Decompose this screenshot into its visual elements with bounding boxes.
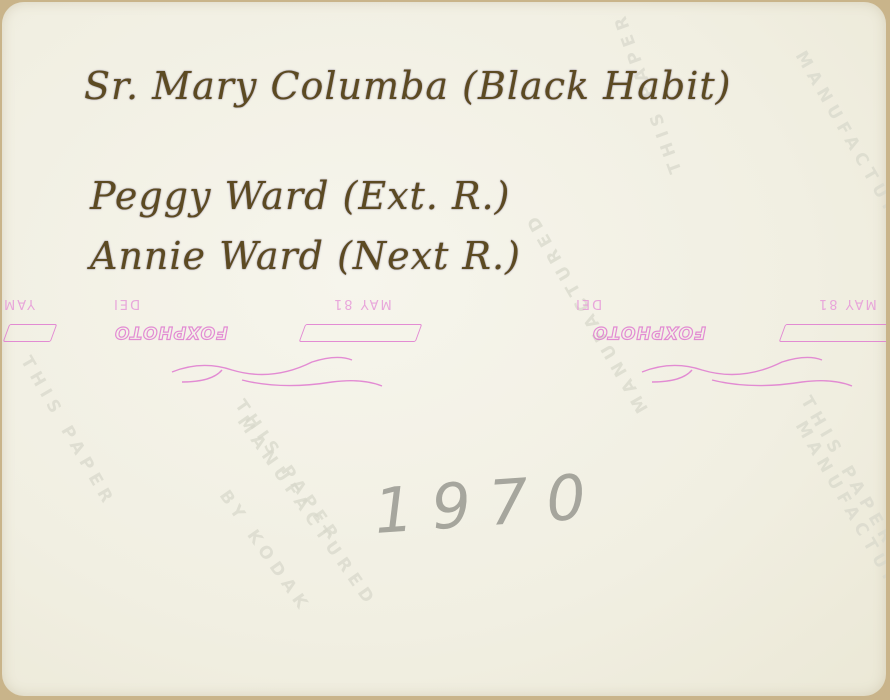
photo-back-card: THIS PAPER MANUFACTURED BY KODAK THIS PA… [2, 2, 886, 696]
stamp-logo-bar [299, 324, 423, 342]
stamp-code: DEI [112, 296, 140, 311]
kodak-watermark: MANUFACTURED [791, 48, 886, 257]
fox-logo-icon [632, 352, 872, 392]
watermark-text: MANUFACTURED [791, 48, 886, 257]
watermark-text: MANUFACTURED [233, 412, 381, 612]
stamp-code: DEI [574, 296, 602, 311]
watermark-text: THIS PAPER [796, 393, 886, 552]
kodak-watermark: THIS PAPER [796, 393, 886, 552]
stamp-date: YAM [2, 296, 35, 311]
foxphoto-stamp: MAY 81 DEI YAM FOXPHOTO [2, 292, 452, 392]
handwritten-caption-line-3: Annie Ward (Next R.) [90, 234, 521, 278]
foxphoto-logo-text: FOXPHOTO [592, 322, 706, 342]
stamp-logo-bar [3, 324, 58, 342]
kodak-watermark: MANUFACTURED [233, 412, 381, 612]
stamp-logo-bar [779, 324, 886, 342]
fox-logo-icon [162, 352, 402, 392]
handwritten-caption-line-1: Sr. Mary Columba (Black Habit) [84, 64, 731, 108]
stamp-date: MAY 81 [332, 296, 392, 311]
handwritten-caption-line-2: Peggy Ward (Ext. R.) [90, 174, 510, 218]
foxphoto-stamp: MAY 81 DEI FOXPHOTO [562, 292, 886, 392]
pencil-date: 1970 [372, 459, 606, 548]
stamp-date: MAY 81 [817, 296, 877, 311]
foxphoto-logo-text: FOXPHOTO [114, 322, 228, 342]
